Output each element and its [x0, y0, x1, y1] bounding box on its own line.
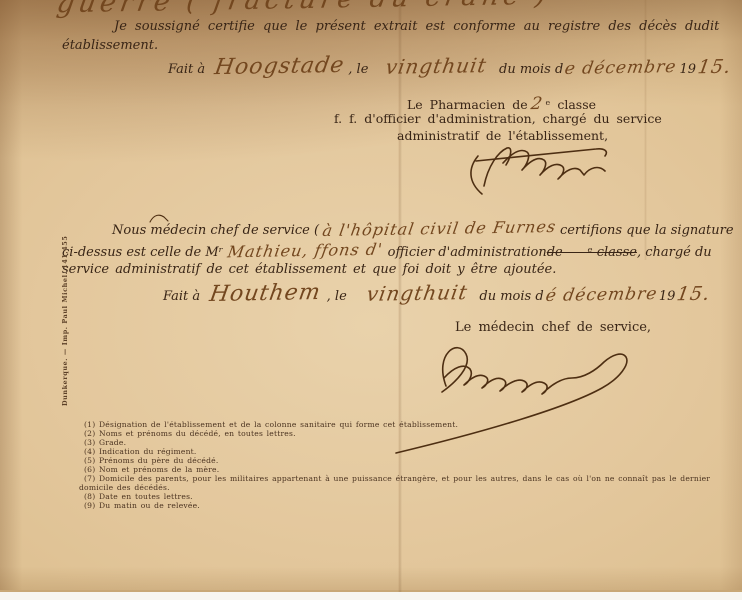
paper-sheet: guerre ( fracture du crâne ) Je soussign…: [0, 0, 742, 592]
handwritten-day-2: vingthuit: [365, 280, 470, 306]
pharmacist-line1-pre: Le Pharmacien de: [407, 97, 528, 112]
handwritten-month: e décembre: [564, 57, 679, 79]
fait-line-hoogstade: Fait à Hoogstade , le vingthuit du mois …: [168, 54, 731, 79]
footnote-7-wrap: domicile des décédés.: [79, 483, 170, 492]
footnote-9: (9) Du matin ou de relevée.: [84, 501, 200, 510]
du-mois-label: du mois d: [499, 62, 563, 77]
handwritten-year-2: 15.: [676, 283, 713, 306]
handwritten-month-2: é décembre: [544, 284, 659, 306]
fait-a-label: Fait à: [168, 62, 205, 77]
certify-line1: Je soussigné certifie que le présent ext…: [114, 19, 719, 34]
footnote-3: (3) Grade.: [84, 438, 126, 447]
footnote-8: (8) Date en toutes lettres.: [84, 492, 193, 501]
pharmacist-title-line2: f. f. d'officier d'administration, charg…: [334, 111, 662, 126]
handwritten-day: vingthuit: [384, 53, 489, 79]
footnote-7: (7) Domicile des parents, pour les milit…: [84, 474, 710, 483]
footnote-6-text: Nom et prénoms de la mère.: [99, 465, 219, 474]
footnote-7-text2: domicile des décédés.: [79, 483, 170, 492]
du-mois-label-2: du mois d: [479, 289, 543, 304]
footnote-6-num: (6): [84, 465, 95, 474]
footnote-2-num: (2): [84, 429, 95, 438]
cert2-l2-print3: , chargé du: [637, 245, 712, 260]
certification2-line2: ci-dessus est celle de Mʳ Mathieu, ffons…: [62, 241, 712, 260]
keersmaecker-signature: [380, 334, 640, 460]
fait-line-houthem: Fait à Houthem , le vingthuit du mois d …: [163, 281, 711, 306]
printer-imprint: Dunkerque. — Imp. Paul Michel. 141,455: [61, 236, 69, 406]
certify-line2: établissement.: [62, 38, 158, 53]
footnote-8-text: Date en toutes lettres.: [99, 492, 193, 501]
handwritten-place-hoogstade: Hoogstade: [213, 53, 346, 80]
mathieu-signature: [462, 136, 622, 198]
footnote-1-text: Désignation de l'établissement et de la …: [99, 420, 458, 429]
fait-a-label-2: Fait à: [163, 289, 200, 304]
cert2-l2-print1: ci-dessus est celle de Mʳ: [62, 245, 223, 260]
footnote-4-num: (4): [84, 447, 95, 456]
certification2-line3: service administratif de cet établisseme…: [62, 262, 556, 277]
footnote-7-num: (7): [84, 474, 95, 483]
struck-classe-text: de ᵉ classe: [547, 245, 637, 260]
footnote-1: (1) Désignation de l'établissement et de…: [84, 420, 458, 429]
footnote-8-num: (8): [84, 492, 95, 501]
footnote-2-text: Noms et prénoms du décédé, en toutes let…: [99, 429, 296, 438]
handwritten-place-houthem: Houthem: [208, 280, 323, 307]
footnote-9-text: Du matin ou de relevée.: [99, 501, 200, 510]
footnote-5-text: Prénoms du père du décédé.: [99, 456, 219, 465]
cert2-l2-print2: officier d'administration: [388, 245, 547, 260]
handwritten-mathieu-name: Mathieu, ffons d': [226, 240, 384, 262]
le-label: , le: [348, 62, 368, 77]
footnote-3-num: (3): [84, 438, 95, 447]
footnote-4-text: Indication du régiment.: [99, 447, 197, 456]
handwritten-hospital: à l'hôpital civil de Furnes: [321, 217, 558, 240]
footnote-7-text: Domicile des parents, pour les militaire…: [99, 474, 710, 483]
footnote-2: (2) Noms et prénoms du décédé, en toutes…: [84, 429, 296, 438]
year-print-2: 19: [659, 289, 676, 304]
footnote-3-text: Grade.: [99, 438, 126, 447]
footnote-4: (4) Indication du régiment.: [84, 447, 197, 456]
handwritten-year: 15.: [696, 56, 733, 79]
footnote-6: (6) Nom et prénoms de la mère.: [84, 465, 219, 474]
footnote-5-num: (5): [84, 456, 95, 465]
certification2-line1: Nous médecin chef de service ( à l'hôpit…: [112, 219, 734, 238]
cert2-l1-print1: Nous médecin chef de service (: [112, 223, 319, 238]
footnote-1-num: (1): [84, 420, 95, 429]
pharmacist-line1-post: ᵉ classe: [546, 97, 597, 112]
handwritten-cause-of-death: guerre ( fracture du crâne ): [55, 0, 553, 19]
footnote-5: (5) Prénoms du père du décédé.: [84, 456, 219, 465]
year-print: 19: [679, 62, 696, 77]
cert2-l1-print2: certifions que la signature: [560, 223, 734, 238]
le-label-2: , le: [327, 289, 347, 304]
doctor-title: Le médecin chef de service,: [455, 320, 651, 335]
footnote-9-num: (9): [84, 501, 95, 510]
